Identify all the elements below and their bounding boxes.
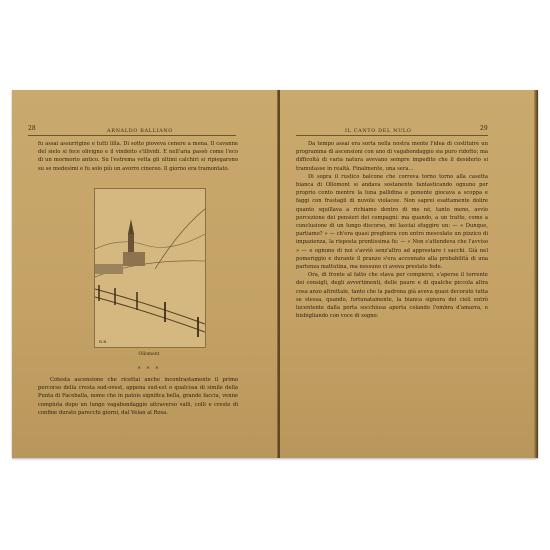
landscape-drawing-icon: R.B. [95, 189, 205, 347]
illustration-ollomont: R.B. [94, 188, 206, 348]
paragraph: Ora, di fronte al fatto che stava per co… [296, 271, 488, 320]
open-book: 28 Arnaldo Balliano fu assai assurrigine… [12, 90, 538, 458]
left-header-rule [28, 135, 236, 136]
paragraph: Di sopra il rustico balcone che correva … [296, 173, 488, 271]
paragraph: fu assai assurrigine e tutti lilla. Di s… [38, 140, 238, 173]
svg-text:R.B.: R.B. [99, 339, 108, 344]
paragraph: Da tempo assai era sorta nella nostra me… [296, 140, 488, 173]
right-running-head: Il canto del Nulo [345, 128, 412, 134]
right-text: Da tempo assai era sorta nella nostra me… [296, 140, 488, 320]
right-header-rule [296, 135, 488, 136]
page-edge [534, 90, 538, 458]
left-text-bottom: Cotesta ascensione che ricettai anche in… [38, 376, 238, 417]
right-page: Il canto del Nulo 29 Da tempo assai era … [280, 90, 538, 458]
section-separator: * * * [94, 366, 204, 373]
illustration-caption: Ollomont [94, 352, 204, 357]
left-page: 28 Arnaldo Balliano fu assai assurrigine… [12, 90, 278, 458]
left-page-number: 28 [28, 125, 36, 132]
right-page-number: 29 [480, 125, 488, 132]
left-running-head: Arnaldo Balliano [107, 128, 173, 134]
paragraph: Cotesta ascensione che ricettai anche in… [38, 376, 238, 417]
left-text-top: fu assai assurrigine e tutti lilla. Di s… [38, 140, 238, 173]
